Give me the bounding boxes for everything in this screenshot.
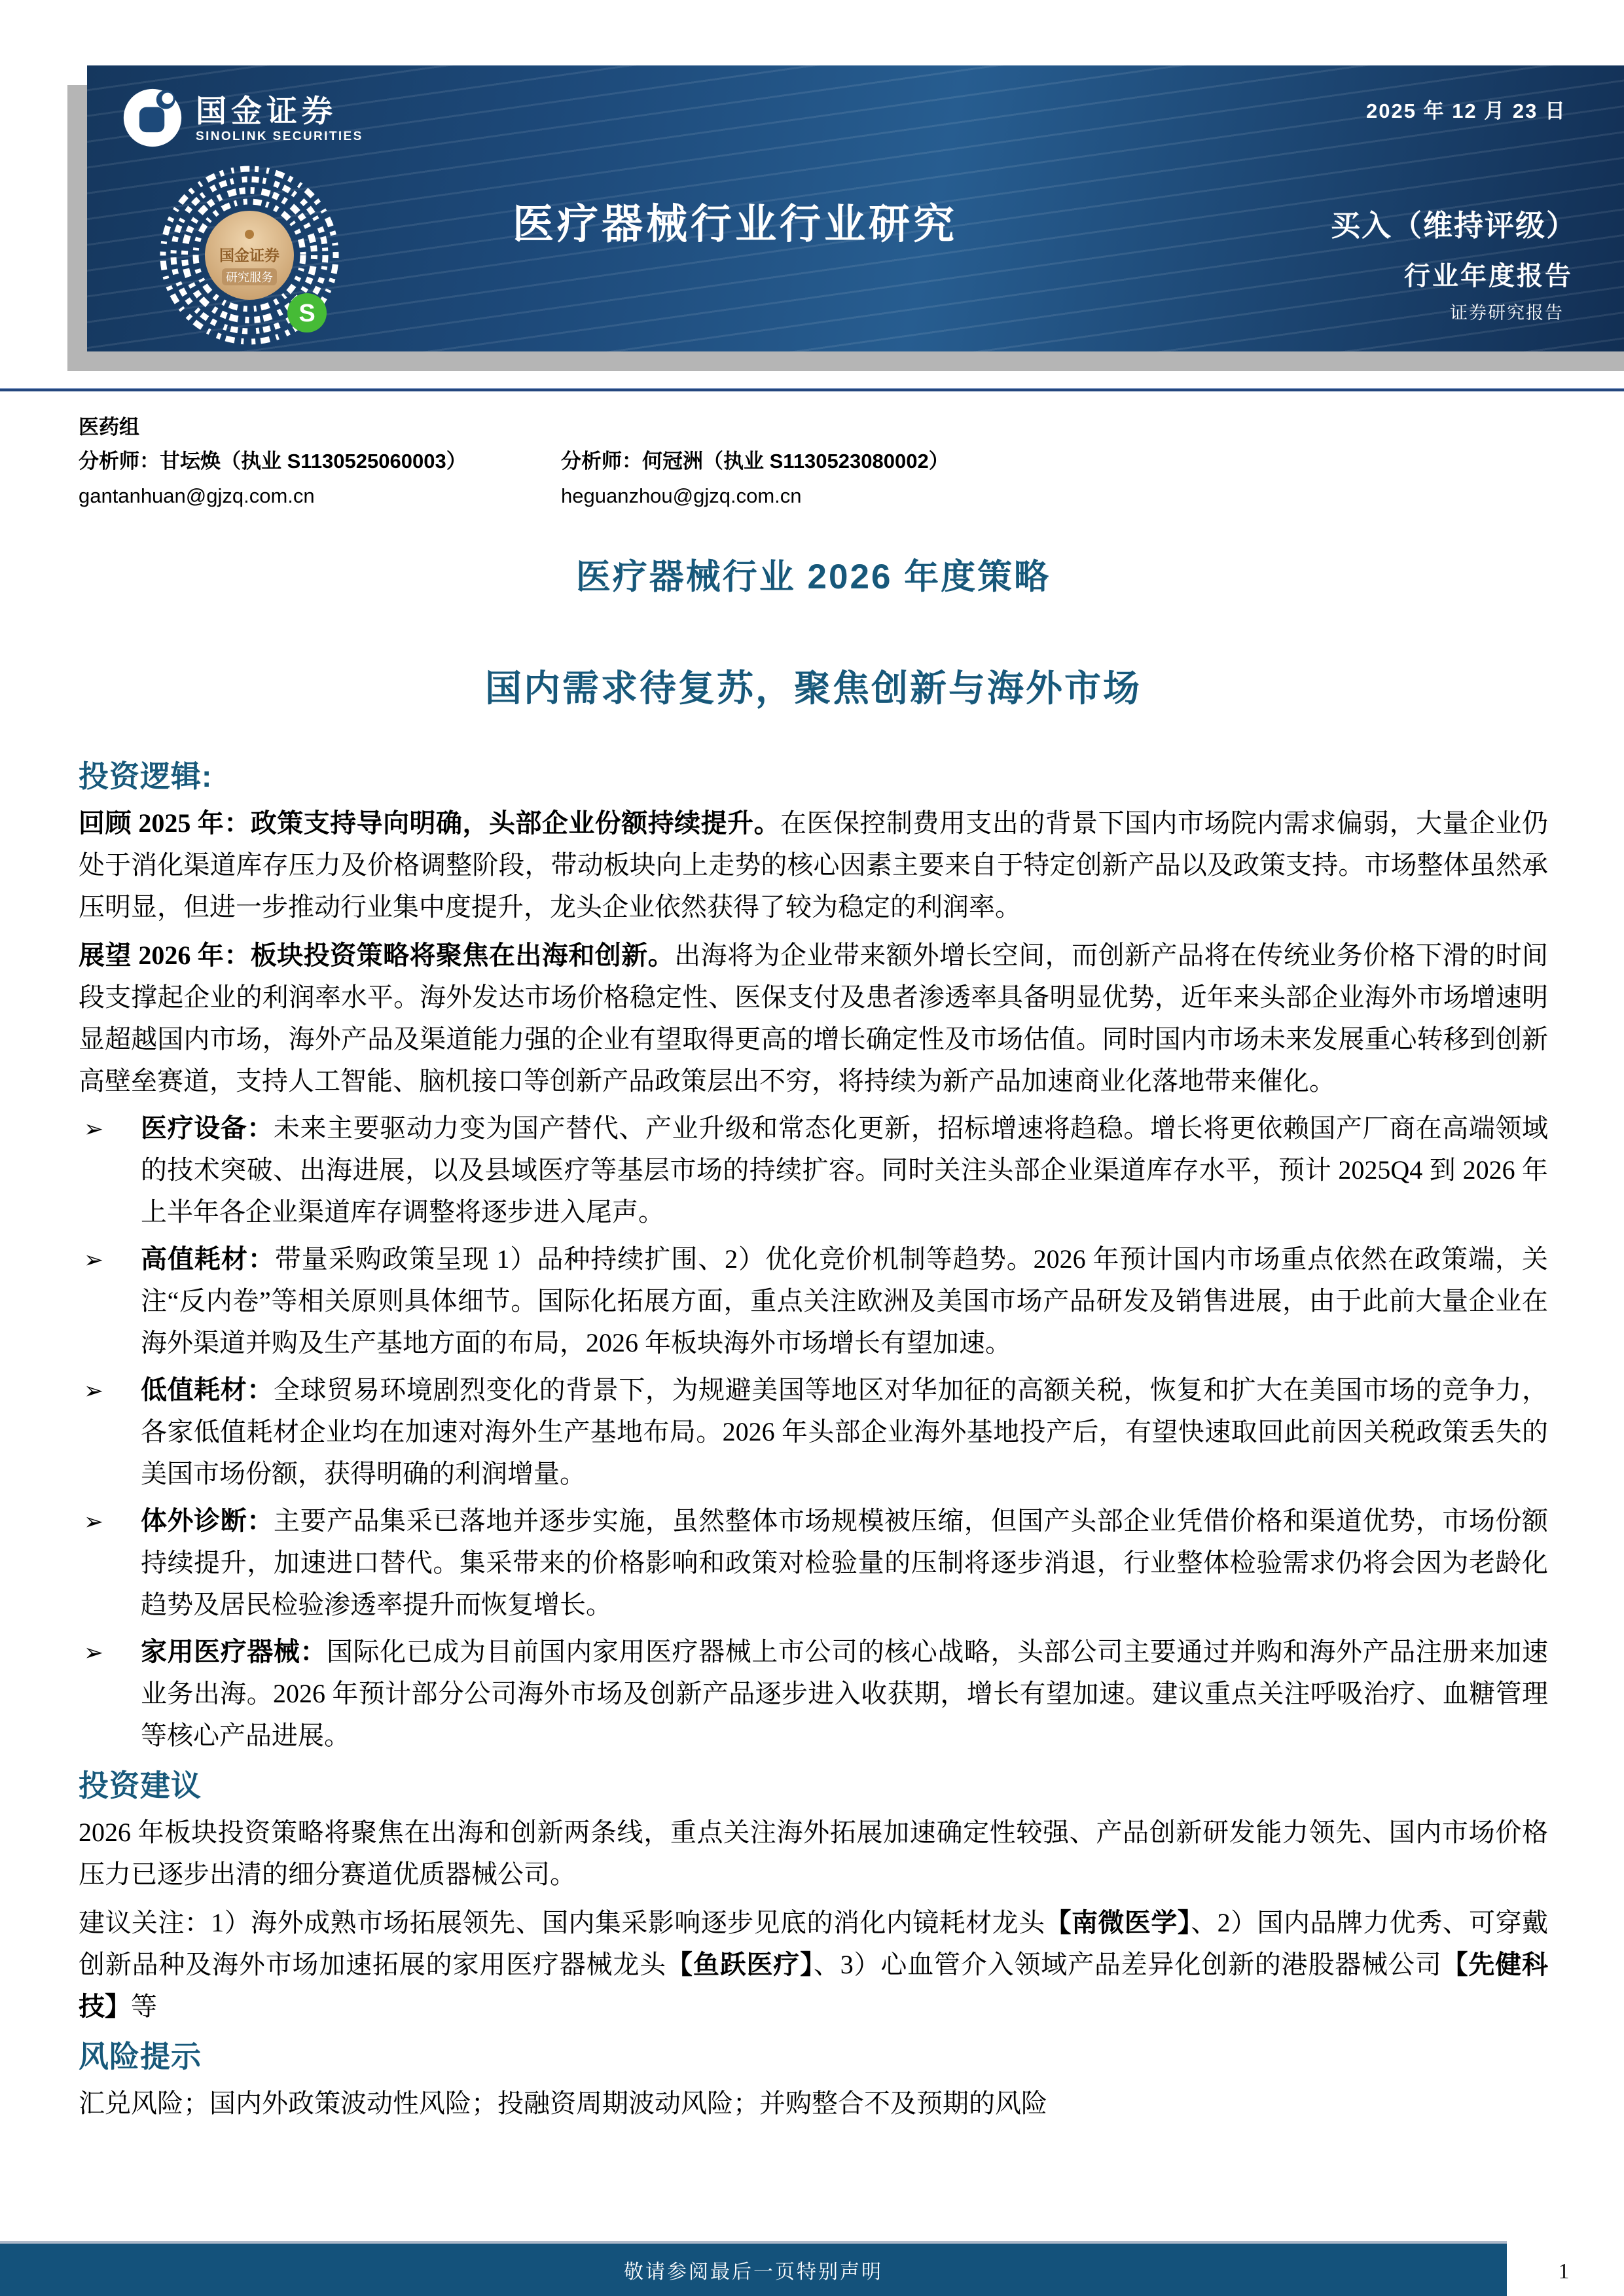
bullet-arrow-icon: ➢ xyxy=(84,1501,103,1543)
analyst-group: 医药组 xyxy=(79,411,1548,444)
paragraph-lead: 展望 2026 年：板块投资策略将聚焦在出海和创新。 xyxy=(79,941,674,970)
main-title: 医疗器械行业 2026 年度策略 xyxy=(79,554,1548,601)
bullet-text: 全球贸易环境剧烈变化的背景下，为规避美国等地区对华加征的高额关税，恢复和扩大在美… xyxy=(141,1375,1548,1488)
bullet-arrow-icon: ➢ xyxy=(84,1371,103,1412)
company-name-yuyue: 【鱼跃医疗】 xyxy=(666,1950,814,1979)
bullet-text: 未来主要驱动力变为国产替代、产业升级和常态化更新，招标增速将趋稳。增长将更依赖国… xyxy=(141,1113,1548,1227)
advice-paragraph: 2026 年板块投资策略将聚焦在出海和创新两条线，重点关注海外拓展加速确定性较强… xyxy=(79,1812,1548,1895)
report-date: 2025 年 12 月 23 日 xyxy=(1366,94,1566,124)
analyst-1-title: 分析师：甘坛焕（执业 S1130525060003） xyxy=(79,444,561,478)
analyst-emails-row: gantanhuan@gjzq.com.cn heguanzhou@gjzq.c… xyxy=(79,478,1548,513)
qr-sub-label: 研究服务 xyxy=(226,271,273,284)
analyst-2-title: 分析师：何冠洲（执业 S1130523080002） xyxy=(561,444,1548,478)
brand-logo: 国金证券 SINOLINK SECURITIES xyxy=(121,86,363,152)
paragraph-lead: 回顾 2025 年：政策支持导向明确，头部企业份额持续提升。 xyxy=(79,808,780,838)
bullet-arrow-icon: ➢ xyxy=(84,1240,103,1282)
bullet-text: 主要产品集采已落地并逐步实施，虽然整体市场规模被压缩，但国产头部企业凭借价格和渠… xyxy=(141,1506,1548,1619)
brand-name-en: SINOLINK SECURITIES xyxy=(196,128,363,145)
bullet-text: 带量采购政策呈现 1）品种持续扩围、2）优化竞价机制等趋势。2026 年预计国内… xyxy=(141,1244,1548,1357)
report-page: 国金证券 SINOLINK SECURITIES 2025 年 12 月 23 … xyxy=(0,0,1624,2296)
brand-name-cn: 国金证券 xyxy=(196,94,363,128)
bullet-term: 高值耗材： xyxy=(141,1244,275,1274)
bullet-term: 体外诊断： xyxy=(141,1506,274,1535)
bullet-arrow-icon: ➢ xyxy=(84,1109,103,1151)
logic-paragraph-1: 回顾 2025 年：政策支持导向明确，头部企业份额持续提升。在医保控制费用支出的… xyxy=(79,802,1548,928)
analyst-1-email: gantanhuan@gjzq.com.cn xyxy=(79,478,561,513)
banner-report-title: 医疗器械行业行业研究 xyxy=(513,191,958,251)
header-divider xyxy=(0,388,1624,391)
company-name-nanwei: 【南微医学】 xyxy=(1045,1908,1191,1937)
advice-text: 等 xyxy=(131,1992,157,2021)
sinolink-logo-icon xyxy=(121,86,184,152)
footer-disclaimer: 敬请参阅最后一页特别声明 xyxy=(624,2255,883,2284)
header-banner: 国金证券 SINOLINK SECURITIES 2025 年 12 月 23 … xyxy=(87,65,1624,351)
advice-text: 、3）心血管介入领域产品差异化创新的港股器械公司 xyxy=(814,1950,1442,1979)
section-heading-risk: 风险提示 xyxy=(79,2037,1548,2076)
advice-text: 建议关注：1）海外成熟市场拓展领先、国内集采影响逐步见底的消化内镜耗材龙头 xyxy=(79,1908,1045,1937)
section-heading-advice: 投资建议 xyxy=(79,1766,1548,1805)
report-body: 医药组 分析师：甘坛焕（执业 S1130525060003） 分析师：何冠洲（执… xyxy=(79,411,1548,2125)
report-type-label: 行业年度报告 xyxy=(1404,255,1573,293)
bullet-term: 低值耗材： xyxy=(141,1375,274,1405)
bullet-term: 医疗设备： xyxy=(141,1113,274,1143)
analyst-titles-row: 分析师：甘坛焕（执业 S1130525060003） 分析师：何冠洲（执业 S1… xyxy=(79,444,1548,478)
report-tag-label: 证券研究报告 xyxy=(1450,298,1564,324)
bullet-text: 国际化已成为目前国内家用医疗器械上市公司的核心战略，头部公司主要通过并购和海外产… xyxy=(141,1637,1548,1750)
footer-bar: 敬请参阅最后一页特别声明 xyxy=(0,2241,1507,2296)
svg-text:S: S xyxy=(298,300,315,327)
bullet-item-ivd: ➢体外诊断：主要产品集采已落地并逐步实施，虽然整体市场规模被压缩，但国产头部企业… xyxy=(79,1500,1548,1626)
page-number: 1 xyxy=(1531,2259,1597,2284)
bullet-item-high-value: ➢高值耗材：带量采购政策呈现 1）品种持续扩围、2）优化竞价机制等趋势。2026… xyxy=(79,1238,1548,1364)
bullet-term: 家用医疗器械： xyxy=(141,1637,327,1666)
risk-text: 汇兑风险；国内外政策波动性风险；投融资周期波动风险；并购整合不及预期的风险 xyxy=(79,2083,1548,2125)
qr-center-label: 国金证券 xyxy=(219,247,280,264)
rating-label: 买入（维持评级） xyxy=(1331,202,1577,244)
section-heading-logic: 投资逻辑: xyxy=(79,757,1548,796)
bullet-item-low-value: ➢低值耗材：全球贸易环境剧烈变化的背景下，为规避美国等地区对华加征的高额关税，恢… xyxy=(79,1369,1548,1495)
subtitle: 国内需求待复苏，聚焦创新与海外市场 xyxy=(79,664,1548,713)
advice-focus-paragraph: 建议关注：1）海外成熟市场拓展领先、国内集采影响逐步见底的消化内镜耗材龙头【南微… xyxy=(79,1902,1548,2028)
bullet-item-home-devices: ➢家用医疗器械：国际化已成为目前国内家用医疗器械上市公司的核心战略，头部公司主要… xyxy=(79,1631,1548,1757)
analyst-2-email: heguanzhou@gjzq.com.cn xyxy=(561,478,1548,513)
logic-paragraph-2: 展望 2026 年：板块投资策略将聚焦在出海和创新。出海将为企业带来额外增长空间… xyxy=(79,935,1548,1102)
bullet-item-devices: ➢医疗设备：未来主要驱动力变为国产替代、产业升级和常态化更新，招标增速将趋稳。增… xyxy=(79,1107,1548,1233)
bullet-arrow-icon: ➢ xyxy=(84,1632,103,1674)
qr-code: 国金证券 研究服务 S xyxy=(158,164,341,347)
